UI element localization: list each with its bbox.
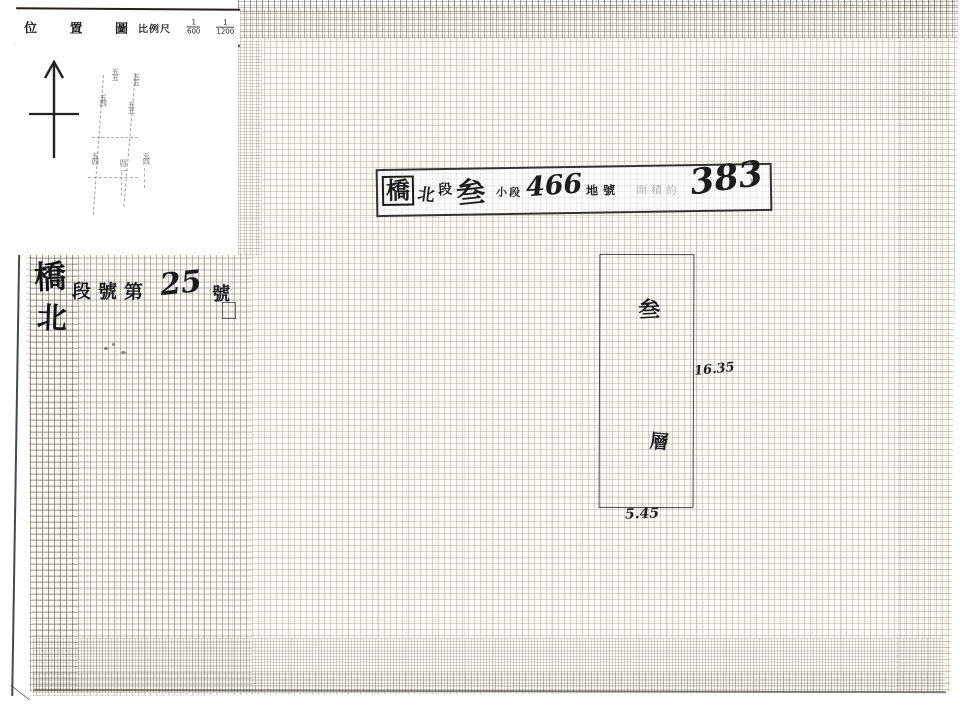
- parcel-outline: 叁 層: [599, 254, 695, 508]
- title-seg1: 北: [417, 179, 437, 206]
- scale-fraction-1200: 1 1200: [216, 20, 234, 36]
- parcel-corner-tick: [689, 252, 696, 259]
- sketch-lot-label: 五四: [91, 152, 98, 164]
- parcel-storey-char-2: 層: [649, 426, 670, 455]
- parcel-storey-char-1: 叁: [638, 292, 662, 324]
- location-inset: 五五 五五 五四 五五 五四 四二 五四: [16, 42, 238, 255]
- sketch-road-line-right: [123, 73, 136, 207]
- title-subsection-label: 小段: [496, 184, 522, 200]
- scanned-cadastral-sheet: { "header": { "title": "位 置 圖", "scale_l…: [0, 0, 960, 714]
- note-prefix: 段號第: [72, 277, 150, 305]
- title-seg2: 段: [437, 179, 452, 200]
- sketch-lot-label: 五四: [142, 152, 149, 164]
- sketch-lot-label: 五五: [127, 101, 134, 113]
- scale-fraction-600: 1 600: [187, 19, 200, 35]
- sketch-cross-dash-2: [88, 177, 138, 178]
- title-section-number: 叁: [454, 169, 487, 213]
- sketch-lot-label: 四二: [119, 159, 126, 171]
- note-number: 25: [158, 264, 203, 303]
- parcel-dimension-bottom: 5.45: [625, 505, 660, 522]
- north-arrow-icon: [26, 54, 82, 166]
- title-area-unit: ㎡: [750, 173, 759, 186]
- legend-header: 位 置 圖 比例尺 1 600 1 1200: [16, 7, 240, 47]
- title-boxed-char: 橋: [382, 176, 414, 207]
- scan-speck: [104, 347, 108, 350]
- parcel-title-box: 橋 北 段 叁 小段 466 地號 面積約 383 ㎡: [376, 163, 773, 217]
- scan-speck: [112, 343, 115, 346]
- sketch-lot-label: 五五: [132, 73, 139, 85]
- title-lot-number: 466: [525, 168, 583, 203]
- sketch-cross-dash-1: [92, 137, 138, 138]
- note-char-bei: 北: [36, 292, 68, 337]
- parcel-corner-tick: [597, 252, 604, 259]
- sheet-title: 位 置 圖: [24, 17, 142, 37]
- note-stamp-box: [222, 302, 236, 319]
- sketch-stub-dash-2: [144, 168, 145, 188]
- scan-speck: [121, 351, 126, 354]
- parcel-corner-tick: [597, 503, 604, 510]
- title-area-label: 面積約: [636, 181, 681, 198]
- scale-label: 比例尺: [138, 20, 171, 35]
- sketch-lot-label: 五四: [99, 94, 106, 106]
- sketch-stub-dash-1: [121, 172, 122, 196]
- sketch-lot-label: 五五: [111, 68, 118, 80]
- title-lot-label: 地號: [586, 181, 620, 199]
- parcel-corner-tick: [689, 503, 696, 510]
